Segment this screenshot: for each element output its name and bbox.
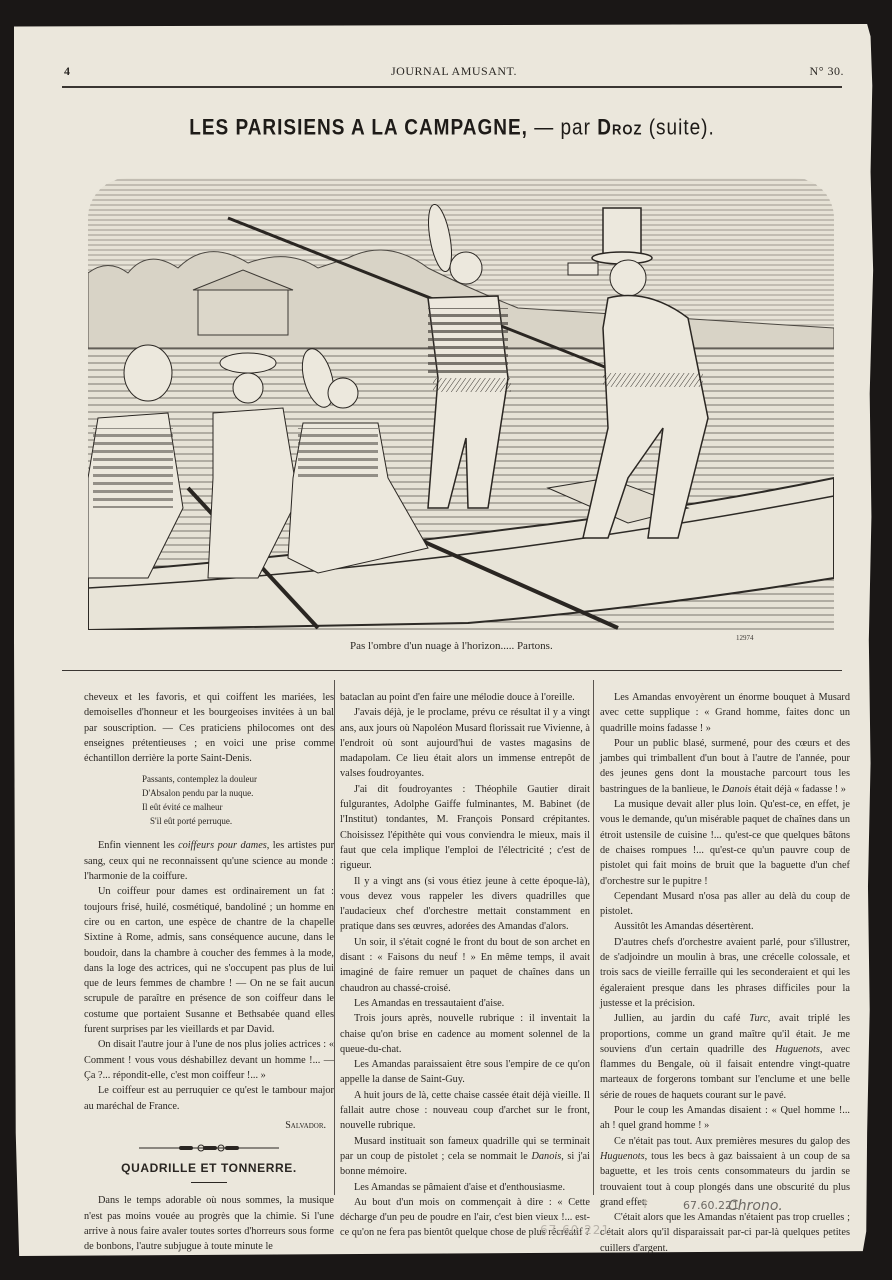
poem-line: Il eût évité ce malheur <box>142 800 334 814</box>
running-header: 4 JOURNAL AMUSANT. N° 30. <box>64 64 844 86</box>
column-separator <box>593 680 594 1195</box>
paragraph: J'avais déjà, je le proclame, prévu ce r… <box>340 705 590 781</box>
author-signature: Salvador. <box>84 1118 326 1133</box>
title-suffix: (suite). <box>642 116 714 140</box>
paragraph: La musique devait aller plus loin. Qu'es… <box>600 797 850 889</box>
header-rule <box>62 86 842 88</box>
journal-title: JOURNAL AMUSANT. <box>64 64 844 79</box>
paragraph: Trois jours après, nouvelle rubrique : i… <box>340 1011 590 1057</box>
paragraph: cheveux et les favoris, et qui coiffent … <box>84 690 334 766</box>
italic-text: coiffeurs pour dames <box>178 840 267 851</box>
text-column-2: bataclan au point d'en faire une mélodie… <box>340 690 590 1241</box>
text: Enfin viennent les <box>98 840 178 851</box>
italic-text: Huguenots <box>600 1151 645 1162</box>
text: Jullien, au jardin du café <box>614 1013 749 1024</box>
title-underline <box>191 1182 227 1183</box>
pencil-mark: ↑ <box>640 1197 650 1211</box>
paragraph: Aussitôt les Amandas désertèrent. <box>600 919 850 934</box>
title-author: Droz <box>597 116 642 140</box>
paragraph: Les Amandas envoyèrent un énorme bouquet… <box>600 690 850 736</box>
text-column-3: Les Amandas envoyèrent un énorme bouquet… <box>600 690 850 1256</box>
poem-line: S'il eût porté perruque. <box>142 814 334 828</box>
column-separator <box>334 680 335 1195</box>
engraving-illustration <box>88 178 834 630</box>
illustration-caption: Pas l'ombre d'un nuage à l'horizon..... … <box>350 640 553 652</box>
paragraph: Jullien, au jardin du café Turc, avait t… <box>600 1011 850 1103</box>
paragraph: Le coiffeur est au perruquier ce qu'est … <box>84 1083 334 1114</box>
poem-line: D'Absalon pendu par la nuque. <box>142 786 334 800</box>
paragraph: C'était alors que les Amandas n'étaient … <box>600 1210 850 1256</box>
italic-text: Huguenots <box>775 1044 820 1055</box>
italic-text: Turc <box>749 1013 768 1024</box>
paragraph: Les Amandas en tressautaient d'aise. <box>340 996 590 1011</box>
issue-number: N° 30. <box>810 64 844 79</box>
faint-inventory-number: 67.60.221 <box>540 1223 610 1237</box>
paragraph: Les Amandas se pâmaient d'aise et d'enth… <box>340 1180 590 1195</box>
text: était déjà « fadasse ! » <box>752 784 846 795</box>
paragraph: Enfin viennent les coiffeurs pour dames,… <box>84 838 334 884</box>
paragraph: Pour un public blasé, surmené, pour des … <box>600 736 850 797</box>
paragraph: Cependant Musard n'osa pas aller au delà… <box>600 889 850 920</box>
section-rule <box>62 670 842 671</box>
paragraph: On disait l'autre jour à l'une de nos pl… <box>84 1037 334 1083</box>
paragraph: Les Amandas paraissaient être sous l'emp… <box>340 1057 590 1088</box>
shop-sign-poem: Passants, contemplez la douleur D'Absalo… <box>142 772 334 828</box>
text: Ce n'était pas tout. Aux premières mesur… <box>614 1136 850 1147</box>
paragraph: J'ai dit foudroyantes : Théophile Gautie… <box>340 782 590 874</box>
paragraph: D'autres chefs d'orchestre avaient parlé… <box>600 935 850 1011</box>
chrono-note: Chrono. <box>728 1198 783 1214</box>
paragraph: Musard instituait son fameux quadrille q… <box>340 1134 590 1180</box>
boat-scene-image <box>88 178 834 630</box>
paragraph: Un soir, il s'était cogné le front du bo… <box>340 935 590 996</box>
plate-number: 12974 <box>736 634 754 642</box>
ornament-divider-icon <box>139 1143 279 1153</box>
title-dash: — par <box>528 116 597 140</box>
paragraph: A huit jours de là, cette chaise cassée … <box>340 1088 590 1134</box>
paragraph: Dans le temps adorable où nous sommes, l… <box>84 1193 334 1254</box>
paragraph: Un coiffeur pour dames est ordinairement… <box>84 884 334 1037</box>
section-title: QUADRILLE ET TONNERRE. <box>84 1161 334 1176</box>
italic-text: Danois <box>722 784 752 795</box>
text-column-1: cheveux et les favoris, et qui coiffent … <box>84 690 334 1255</box>
paragraph: bataclan au point d'en faire une mélodie… <box>340 690 590 705</box>
title-main: LES PARISIENS A LA CAMPAGNE, <box>189 116 528 140</box>
article-title: LES PARISIENS A LA CAMPAGNE, — par Droz … <box>62 116 842 141</box>
italic-text: Danois <box>531 1151 561 1162</box>
poem-line: Passants, contemplez la douleur <box>142 772 334 786</box>
paragraph: Pour le coup les Amandas disaient : « Qu… <box>600 1103 850 1134</box>
paragraph: Il y a vingt ans (si vous étiez jeune à … <box>340 874 590 935</box>
